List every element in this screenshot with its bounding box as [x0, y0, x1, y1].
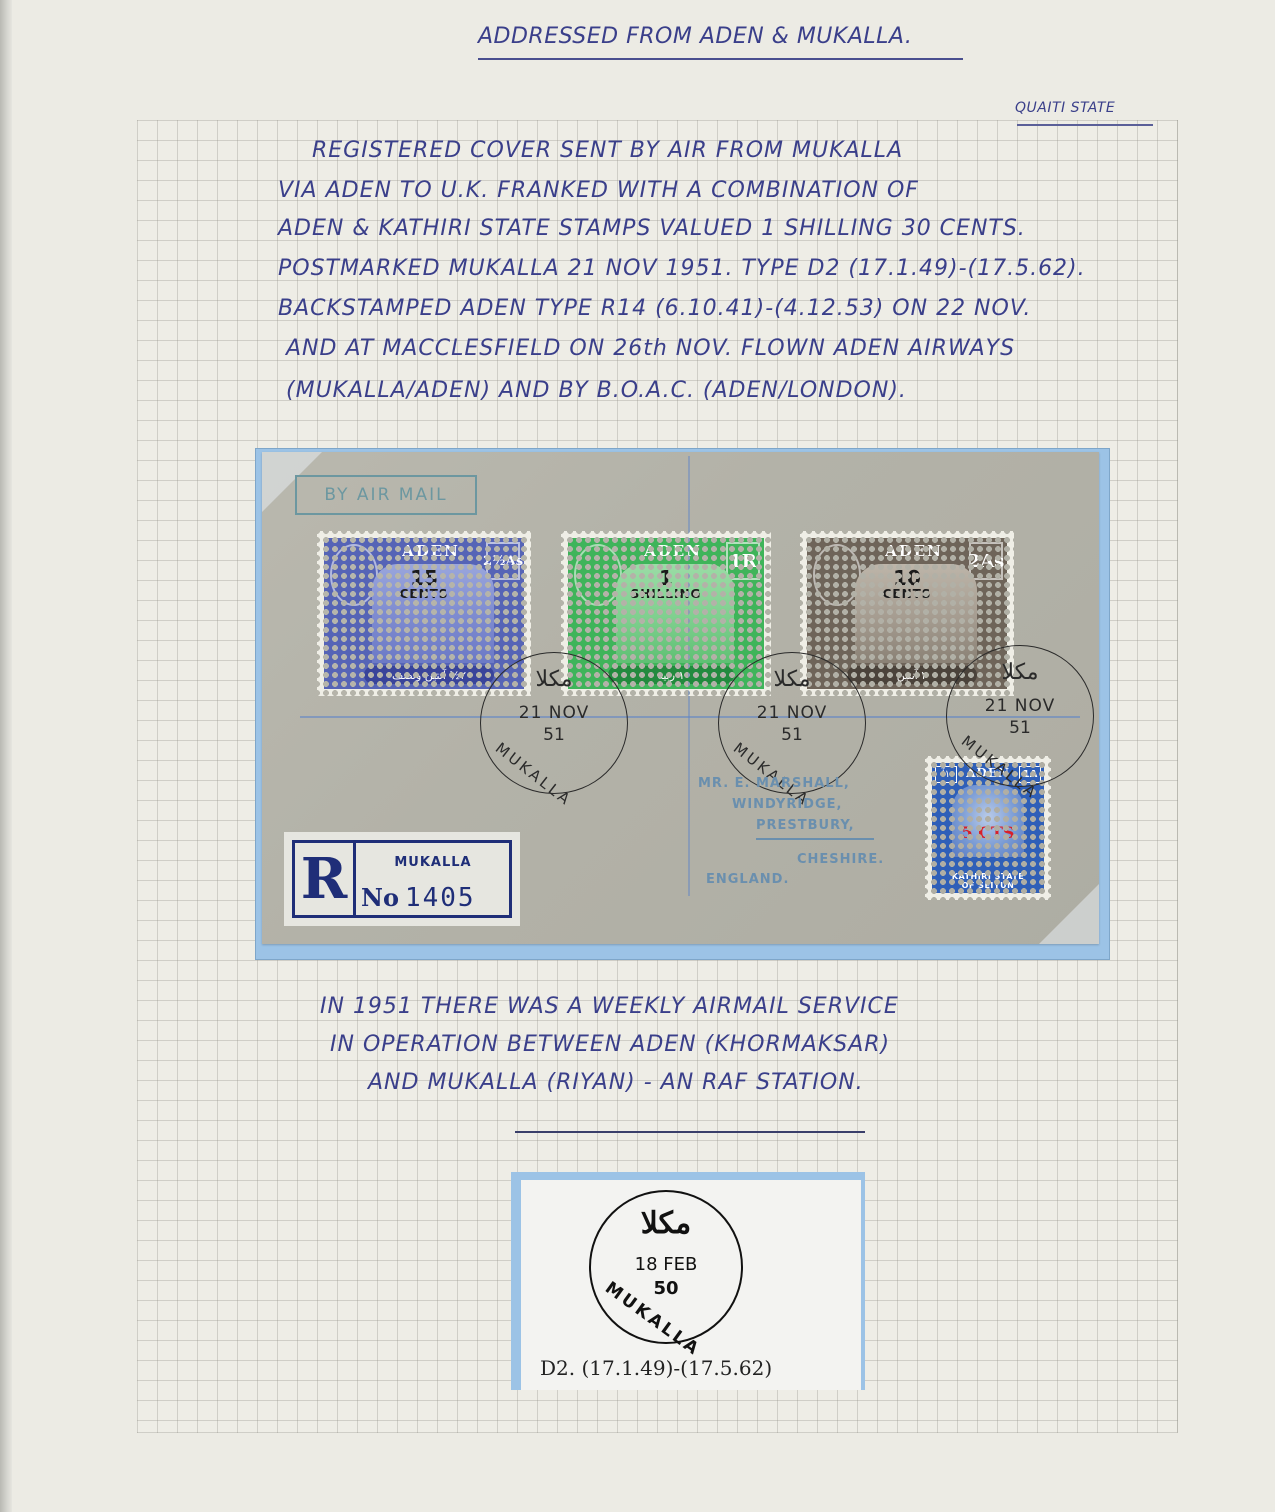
stamp-kathiri-5-cts: ١آ ADEN 1A 5 CTS KATHIRI STATE OF SEIYUN: [925, 756, 1051, 900]
surcharge: 15 CENTS: [324, 568, 524, 600]
state-tag: QUAITI STATE: [1015, 100, 1115, 116]
stamp-aden-1-shilling: ADEN 1R 1 SHILLING ١ ربيه: [561, 531, 771, 696]
address-line: ENGLAND.: [706, 872, 789, 887]
stamp-aden-15-cents: ADEN 2½As 15 CENTS ٢½ آنتين ونصف: [317, 531, 531, 696]
address-line: MR. E. MARSHALL,: [698, 776, 850, 791]
tag-underline: [1017, 124, 1153, 126]
description-line: REGISTERED COVER SENT BY AIR FROM MUKALL…: [312, 138, 903, 163]
album-page-spine: [0, 0, 12, 1512]
page-title: ADDRESSED FROM ADEN & MUKALLA.: [478, 24, 912, 49]
sultan-portrait-icon: [952, 785, 1024, 857]
postmark-mukalla-specimen: مكلا 18 FEB 50 MUKALLA: [589, 1190, 743, 1344]
stamp-aden-10-cents: ADEN 2As 10 CENTS ٢ آنتين: [800, 531, 1014, 696]
surcharge: 1 SHILLING: [568, 568, 764, 600]
address-line: PRESTBURY,: [756, 818, 855, 833]
address-line: WINDYRIDGE,: [732, 797, 842, 812]
address-line: CHESHIRE.: [797, 852, 884, 867]
description-line: VIA ADEN TO U.K. FRANKED WITH A COMBINAT…: [278, 178, 919, 203]
section-divider: [515, 1131, 865, 1133]
description-line: AND AT MACCLESFIELD ON 26th NOV. FLOWN A…: [286, 336, 1015, 361]
cutting-caption: D2. (17.1.49)-(17.5.62): [540, 1356, 772, 1380]
address-underline: [756, 838, 874, 840]
registration-label: R MUKALLA No1405: [284, 832, 520, 926]
description-line: (MUKALLA/ADEN) AND BY B.O.A.C. (ADEN/LON…: [286, 378, 907, 403]
title-underline: [478, 58, 963, 60]
footnote-line: AND MUKALLA (RIYAN) - AN RAF STATION.: [368, 1070, 864, 1095]
surcharge: 10 CENTS: [807, 568, 1007, 600]
footnote-line: IN 1951 THERE WAS A WEEKLY AIRMAIL SERVI…: [320, 994, 899, 1019]
description-line: POSTMARKED MUKALLA 21 NOV 1951. TYPE D2 …: [278, 256, 1086, 281]
footnote-line: IN OPERATION BETWEEN ADEN (KHORMAKSAR): [330, 1032, 890, 1057]
description-line: ADEN & KATHIRI STATE STAMPS VALUED 1 SHI…: [278, 216, 1026, 241]
airmail-label: BY AIR MAIL: [295, 475, 477, 515]
registration-line-horizontal: [300, 716, 1080, 718]
description-line: BACKSTAMPED ADEN TYPE R14 (6.10.41)-(4.1…: [278, 296, 1031, 321]
